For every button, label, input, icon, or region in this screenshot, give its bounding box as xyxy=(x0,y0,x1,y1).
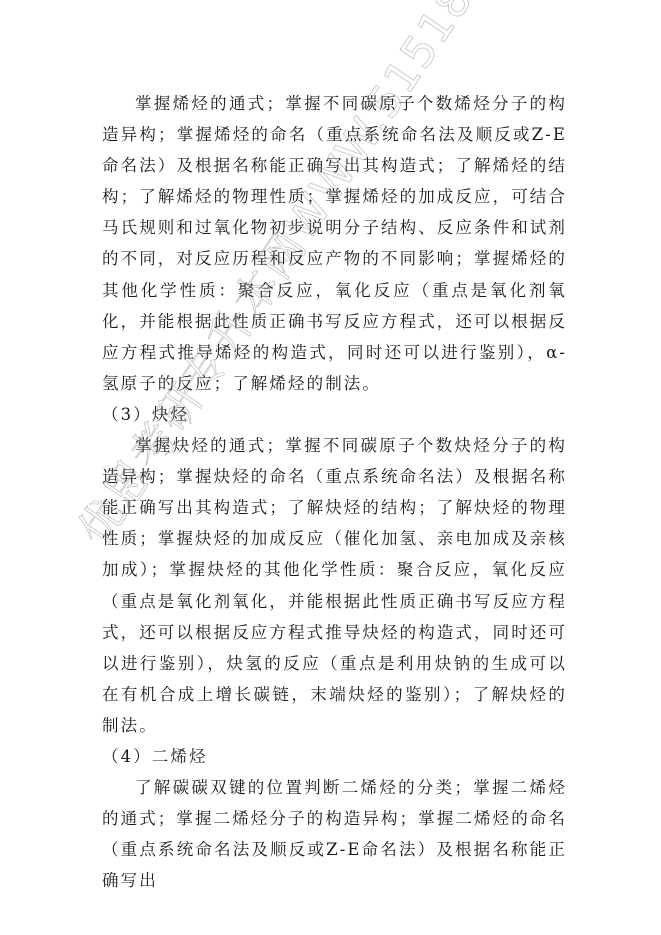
document-page: 掌握烯烃的通式；掌握不同碳原子个数烯烃分子的构造异构；掌握烯烃的命名（重点系统命… xyxy=(0,0,661,935)
paragraph-alkenes: 掌握烯烃的通式；掌握不同碳原子个数烯烃分子的构造异构；掌握烯烃的命名（重点系统命… xyxy=(102,88,567,399)
section-heading-dienes: （4）二烯烃 xyxy=(102,741,567,772)
paragraph-dienes: 了解碳碳双键的位置判断二烯烃的分类；掌握二烯烃的通式；掌握二烯烃分子的构造异构；… xyxy=(102,772,567,896)
document-body: 掌握烯烃的通式；掌握不同碳原子个数烯烃分子的构造异构；掌握烯烃的命名（重点系统命… xyxy=(102,88,567,896)
paragraph-alkynes: 掌握炔烃的通式；掌握不同碳原子个数炔烃分子的构造异构；掌握炔烃的命名（重点系统命… xyxy=(102,430,567,741)
section-heading-alkynes: （3）炔烃 xyxy=(102,399,567,430)
